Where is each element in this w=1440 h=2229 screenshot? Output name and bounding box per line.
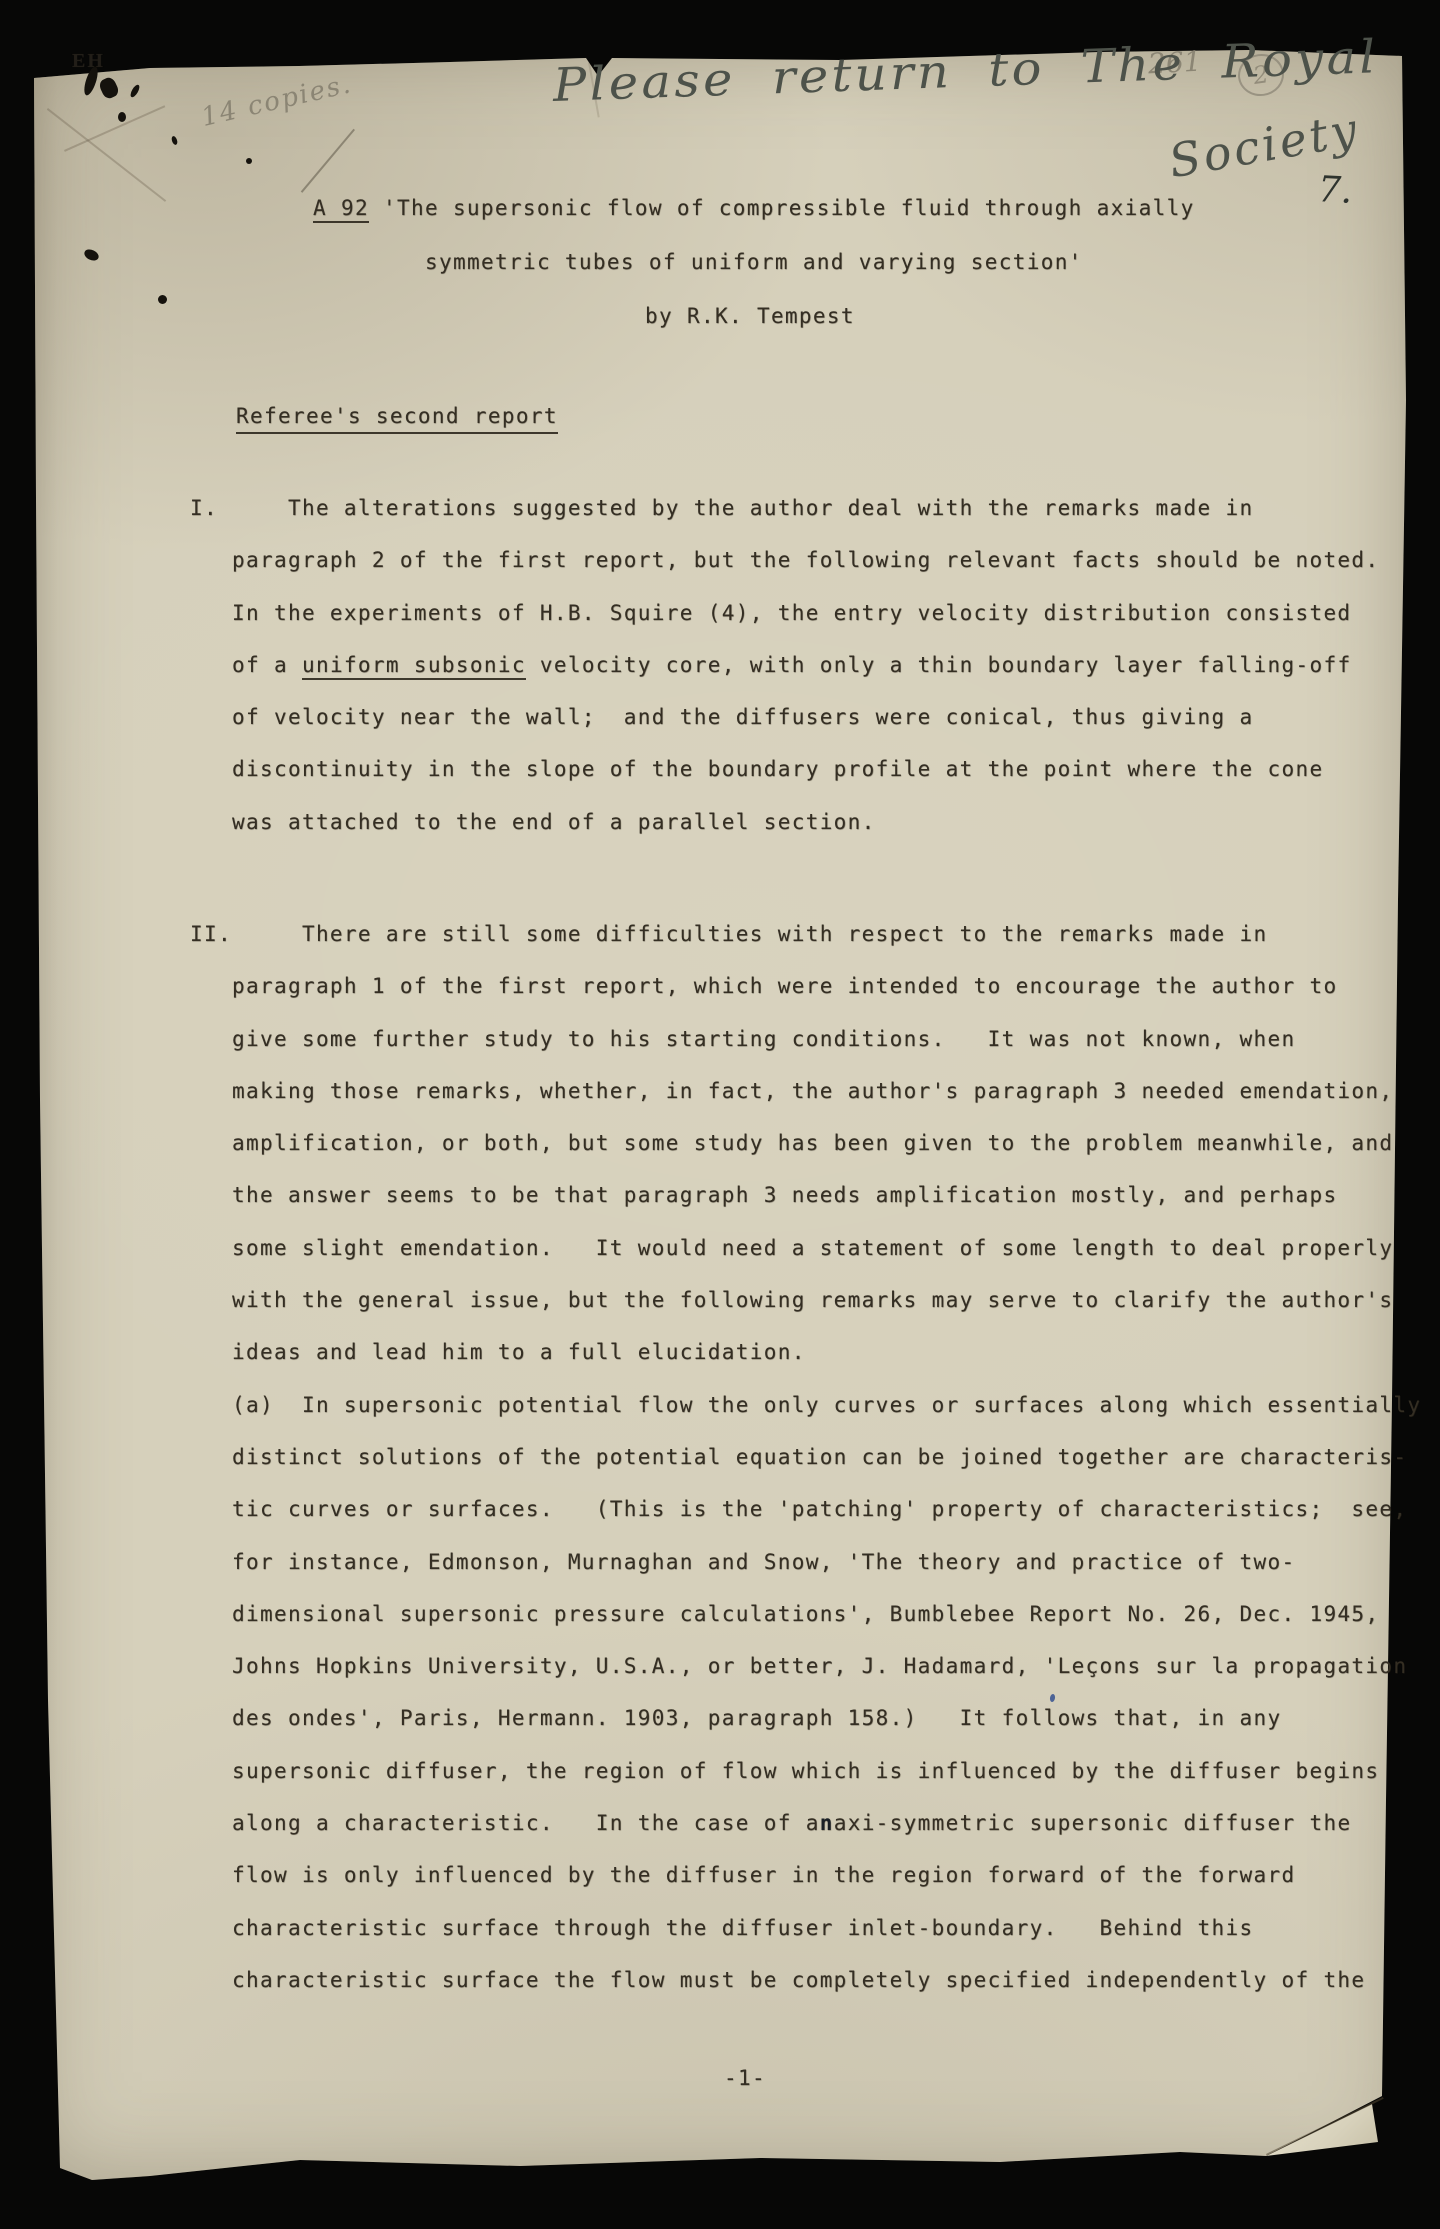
typed-line: amplification, or both, but some study h… [190, 1117, 1421, 1169]
paragraph-one: I. The alterations suggested by the auth… [190, 482, 1379, 848]
typed-line: of velocity near the wall; and the diffu… [190, 691, 1379, 743]
typed-line: along a characteristic. In the case of a… [190, 1797, 1421, 1849]
byline: by R.K. Tempest [645, 304, 855, 328]
paragraph-two: II. There are still some difficulties wi… [190, 908, 1421, 2006]
typed-line: supersonic diffuser, the region of flow … [190, 1745, 1421, 1797]
typed-line: characteristic surface the flow must be … [190, 1954, 1421, 2006]
typed-line: II. There are still some difficulties wi… [190, 908, 1421, 960]
typed-line: des ondes', Paris, Hermann. 1903, paragr… [190, 1692, 1421, 1744]
typed-line: characteristic surface through the diffu… [190, 1902, 1421, 1954]
eh-stamp: EH [72, 50, 105, 73]
typed-line: discontinuity in the slope of the bounda… [190, 743, 1379, 795]
typed-line: for instance, Edmonson, Murnaghan and Sn… [190, 1536, 1421, 1588]
paper-reference-number: A 92 [313, 196, 369, 223]
typed-line: Johns Hopkins University, U.S.A., or bet… [190, 1640, 1421, 1692]
paper-hole [158, 295, 167, 304]
typed-line: paragraph 2 of the first report, but the… [190, 534, 1379, 586]
typed-line: dimensional supersonic pressure calculat… [190, 1588, 1421, 1640]
ink-speck [246, 158, 252, 164]
typed-line: flow is only influenced by the diffuser … [190, 1849, 1421, 1901]
typed-line: paragraph 1 of the first report, which w… [190, 960, 1421, 1012]
typed-line: some slight emendation. It would need a … [190, 1222, 1421, 1274]
page-number: -1- [724, 2066, 766, 2090]
typed-line: give some further study to his starting … [190, 1013, 1421, 1065]
document-title-line-2: symmetric tubes of uniform and varying s… [425, 250, 1083, 274]
typed-line: ideas and lead him to a full elucidation… [190, 1326, 1421, 1378]
typed-line: with the general issue, but the followin… [190, 1274, 1421, 1326]
typed-line: (a) In supersonic potential flow the onl… [190, 1379, 1421, 1431]
ink-blot [118, 112, 126, 122]
typed-line: making those remarks, whether, in fact, … [190, 1065, 1421, 1117]
typed-line: I. The alterations suggested by the auth… [190, 482, 1379, 534]
typed-line: In the experiments of H.B. Squire (4), t… [190, 587, 1379, 639]
pen-mark: 7. [1317, 169, 1353, 212]
title-line-1-text: 'The supersonic flow of compressible flu… [369, 196, 1195, 220]
scanned-document-page: EH 14 copies. 261 2 Please return to The… [0, 0, 1440, 2229]
typed-line: distinct solutions of the potential equa… [190, 1431, 1421, 1483]
report-heading: Referee's second report [236, 404, 558, 428]
document-title-line-1: A 92 'The supersonic flow of compressibl… [313, 196, 1195, 220]
typed-line: the answer seems to be that paragraph 3 … [190, 1169, 1421, 1221]
typed-line: was attached to the end of a parallel se… [190, 796, 1379, 848]
typed-line: tic curves or surfaces. (This is the 'pa… [190, 1483, 1421, 1535]
report-heading-text: Referee's second report [236, 404, 558, 434]
typed-line: of a uniform subsonic velocity core, wit… [190, 639, 1379, 691]
